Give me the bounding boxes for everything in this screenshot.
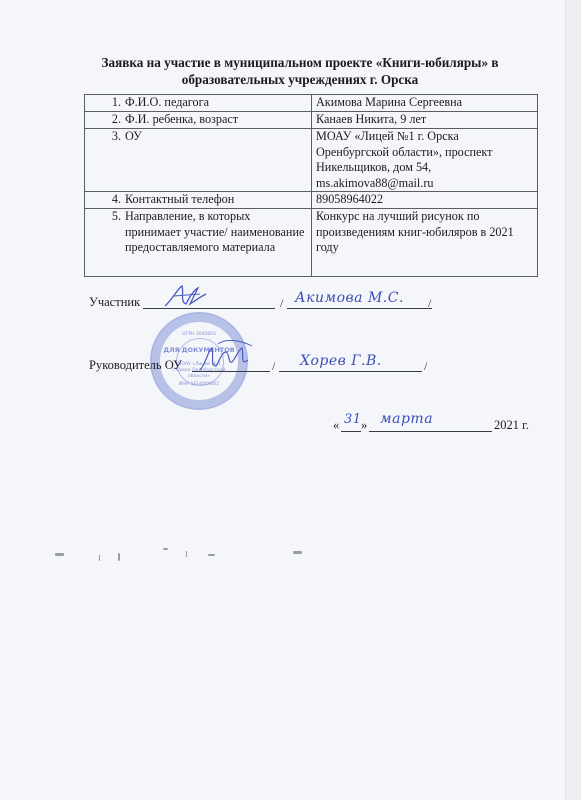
row-label-cell: 5.Направление, в которых принимает участ… bbox=[85, 209, 312, 277]
scan-artifact bbox=[99, 555, 100, 561]
document-page: Заявка на участие в муниципальном проект… bbox=[0, 0, 565, 800]
row-label: Ф.И. ребенка, возраст bbox=[125, 112, 307, 128]
date-month-line bbox=[369, 431, 492, 432]
row-label-cell: 2.Ф.И. ребенка, возраст bbox=[85, 112, 312, 129]
scan-artifact bbox=[55, 553, 64, 556]
scan-artifact bbox=[208, 554, 215, 556]
scan-artifact bbox=[293, 551, 302, 554]
table-row: 5.Направление, в которых принимает участ… bbox=[85, 209, 538, 277]
head-signature-icon bbox=[196, 340, 256, 376]
participant-name-line bbox=[287, 308, 432, 309]
title-line-1: Заявка на участие в муниципальном проект… bbox=[60, 54, 540, 71]
application-table: 1.Ф.И.О. педагога Акимова Марина Сергеев… bbox=[84, 94, 538, 277]
head-label: Руководитель ОУ bbox=[89, 358, 182, 373]
direction-value: Конкурс на лучший рисунок по произведени… bbox=[312, 209, 538, 277]
row-label-cell: 4.Контактный телефон bbox=[85, 192, 312, 209]
row-number: 3. bbox=[89, 129, 125, 145]
date-month-handwritten: марта bbox=[380, 411, 433, 427]
row-label: Контактный телефон bbox=[125, 192, 307, 208]
head-name-handwritten: Хорев Г.В. bbox=[300, 353, 382, 369]
row-label: Ф.И.О. педагога bbox=[125, 95, 307, 111]
row-label-cell: 1.Ф.И.О. педагога bbox=[85, 95, 312, 112]
date-open-quote: « bbox=[333, 418, 339, 433]
title-line-2: образовательных учреждениях г. Орска bbox=[60, 71, 540, 88]
participant-label: Участник bbox=[89, 295, 140, 310]
date-close-quote: » bbox=[361, 418, 367, 433]
head-name-line bbox=[279, 371, 422, 372]
participant-name-handwritten: Акимова М.С. bbox=[295, 290, 404, 306]
stamp-inn: ИНН 5614004002 bbox=[152, 382, 246, 387]
table-row: 2.Ф.И. ребенка, возраст Канаев Никита, 9… bbox=[85, 112, 538, 129]
row-number: 5. bbox=[89, 209, 125, 256]
row-number: 4. bbox=[89, 192, 125, 208]
scan-artifact bbox=[118, 553, 120, 561]
participant-signature-icon bbox=[160, 282, 210, 312]
page-edge bbox=[565, 0, 581, 800]
slash-separator: / bbox=[428, 296, 431, 311]
table-row: 1.Ф.И.О. педагога Акимова Марина Сергеев… bbox=[85, 95, 538, 112]
row-label-cell: 3.ОУ bbox=[85, 129, 312, 192]
scan-artifact bbox=[186, 551, 187, 557]
date-day-handwritten: 31 bbox=[344, 412, 362, 427]
row-label: ОУ bbox=[125, 129, 307, 145]
slash-separator: / bbox=[424, 359, 427, 374]
row-number: 1. bbox=[89, 95, 125, 111]
table-row: 3.ОУ МОАУ «Лицей №1 г. Орска Оренбургско… bbox=[85, 129, 538, 192]
stamp-ogrn: ОГРН 1045603 bbox=[152, 332, 246, 337]
slash-separator: / bbox=[280, 296, 283, 311]
teacher-name-value: Акимова Марина Сергеевна bbox=[312, 95, 538, 112]
school-value: МОАУ «Лицей №1 г. Орска Оренбургской обл… bbox=[312, 129, 538, 192]
child-name-age-value: Канаев Никита, 9 лет bbox=[312, 112, 538, 129]
date-day-line bbox=[341, 431, 361, 432]
row-label: Направление, в которых принимает участие… bbox=[125, 209, 307, 256]
document-title: Заявка на участие в муниципальном проект… bbox=[60, 54, 540, 88]
table-row: 4.Контактный телефон 89058964022 bbox=[85, 192, 538, 209]
slash-separator: / bbox=[272, 359, 275, 374]
row-number: 2. bbox=[89, 112, 125, 128]
scan-artifact bbox=[163, 548, 168, 550]
phone-value: 89058964022 bbox=[312, 192, 538, 209]
date-year: 2021 г. bbox=[494, 418, 529, 433]
